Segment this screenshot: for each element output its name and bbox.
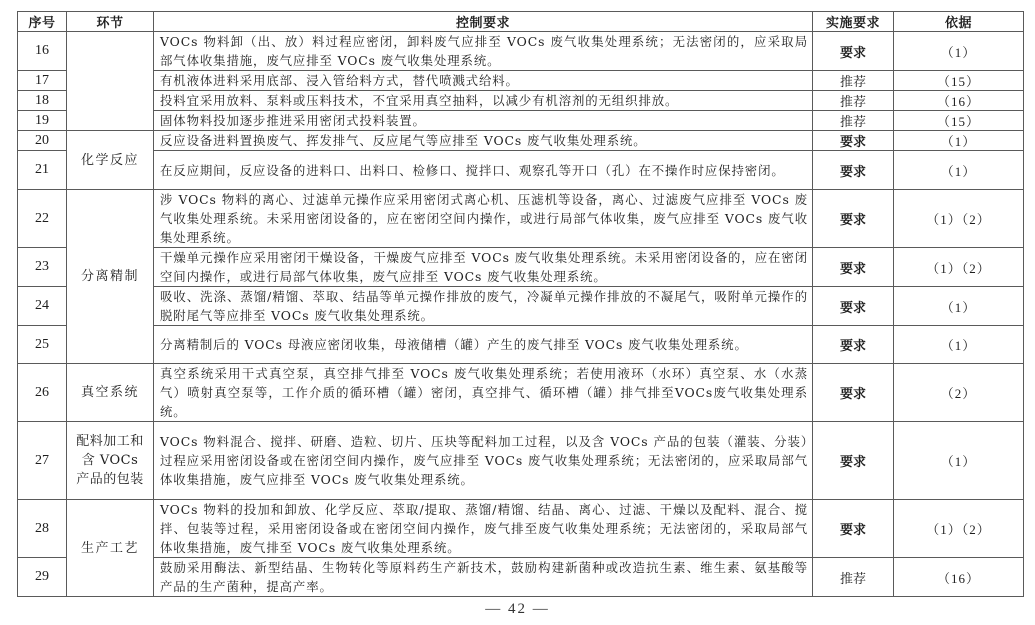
basis-reference: （15） <box>894 111 1024 131</box>
header-stage: 环节 <box>67 12 154 32</box>
table-row: 18 投料宜采用放料、泵料或压料技术，不宜采用真空抽料，以减少有机溶剂的无组织排… <box>18 91 1024 111</box>
implementation-level: 推荐 <box>813 71 894 91</box>
stage-cell-chemical-reaction: 化学反应 <box>67 131 154 190</box>
header-basis: 依据 <box>894 12 1024 32</box>
row-number: 23 <box>18 248 67 287</box>
basis-reference: （1）（2） <box>894 248 1024 287</box>
row-number: 18 <box>18 91 67 111</box>
implementation-level: 推荐 <box>813 91 894 111</box>
implementation-level: 要求 <box>813 190 894 248</box>
table-row: 17 有机液体进料采用底部、浸入管给料方式，替代喷溅式给料。 推荐 （15） <box>18 71 1024 91</box>
requirement-text: 涉 VOCs 物料的离心、过滤单元操作应采用密闭式离心机、压滤机等设备，离心、过… <box>154 190 813 248</box>
table-row: 22 分离精制 涉 VOCs 物料的离心、过滤单元操作应采用密闭式离心机、压滤机… <box>18 190 1024 248</box>
table-row: 21 在反应期间，反应设备的进料口、出料口、检修口、搅拌口、观察孔等开口（孔）在… <box>18 151 1024 190</box>
table-row: 29 鼓励采用酶法、新型结晶、生物转化等原料药生产新技术，鼓励构建新菌种或改造抗… <box>18 558 1024 597</box>
row-number: 19 <box>18 111 67 131</box>
requirement-text: VOCs 物料混合、搅拌、研磨、造粒、切片、压块等配料加工过程，以及含 VOCs… <box>154 422 813 500</box>
row-number: 22 <box>18 190 67 248</box>
row-number: 27 <box>18 422 67 500</box>
table-row: 16 VOCs 物料卸（出、放）料过程应密闭，卸料废气应排至 VOCs 废气收集… <box>18 32 1024 71</box>
stage-cell <box>67 32 154 131</box>
row-number: 25 <box>18 326 67 364</box>
implementation-level: 要求 <box>813 326 894 364</box>
page-number: — 42 — <box>0 601 1035 618</box>
basis-reference: （16） <box>894 91 1024 111</box>
implementation-level: 要求 <box>813 32 894 71</box>
implementation-level: 要求 <box>813 248 894 287</box>
implementation-level: 要求 <box>813 422 894 500</box>
requirement-text: 真空系统采用干式真空泵，真空排气排至 VOCs 废气收集处理系统；若使用液环（水… <box>154 364 813 422</box>
stage-cell-production-process: 生产工艺 <box>67 500 154 597</box>
basis-reference: （2） <box>894 364 1024 422</box>
basis-reference: （1）（2） <box>894 500 1024 558</box>
table-row: 19 固体物料投加逐步推进采用密闭式投料装置。 推荐 （15） <box>18 111 1024 131</box>
basis-reference: （1） <box>894 326 1024 364</box>
requirement-text: 投料宜采用放料、泵料或压料技术，不宜采用真空抽料，以减少有机溶剂的无组织排放。 <box>154 91 813 111</box>
header-no: 序号 <box>18 12 67 32</box>
row-number: 29 <box>18 558 67 597</box>
table-header-row: 序号 环节 控制要求 实施要求 依据 <box>18 12 1024 32</box>
header-implementation: 实施要求 <box>813 12 894 32</box>
requirement-text: 固体物料投加逐步推进采用密闭式投料装置。 <box>154 111 813 131</box>
row-number: 17 <box>18 71 67 91</box>
basis-reference: （1） <box>894 287 1024 326</box>
table-row: 20 化学反应 反应设备进料置换废气、挥发排气、反应尾气等应排至 VOCs 废气… <box>18 131 1024 151</box>
basis-reference: （1） <box>894 32 1024 71</box>
stage-cell-vacuum-system: 真空系统 <box>67 364 154 422</box>
basis-reference: （1） <box>894 131 1024 151</box>
requirement-text: 在反应期间，反应设备的进料口、出料口、检修口、搅拌口、观察孔等开口（孔）在不操作… <box>154 151 813 190</box>
table-row: 26 真空系统 真空系统采用干式真空泵，真空排气排至 VOCs 废气收集处理系统… <box>18 364 1024 422</box>
row-number: 21 <box>18 151 67 190</box>
header-requirement: 控制要求 <box>154 12 813 32</box>
stage-cell-batching-packaging: 配料加工和含 VOCs 产品的包装 <box>67 422 154 500</box>
control-requirements-table: 序号 环节 控制要求 实施要求 依据 16 VOCs 物料卸（出、放）料过程应密… <box>17 11 1024 597</box>
row-number: 26 <box>18 364 67 422</box>
table-row: 23 干燥单元操作应采用密闭干燥设备，干燥废气应排至 VOCs 废气收集处理系统… <box>18 248 1024 287</box>
implementation-level: 推荐 <box>813 111 894 131</box>
implementation-level: 要求 <box>813 151 894 190</box>
requirement-text: 鼓励采用酶法、新型结晶、生物转化等原料药生产新技术，鼓励构建新菌种或改造抗生素、… <box>154 558 813 597</box>
row-number: 24 <box>18 287 67 326</box>
table-row: 24 吸收、洗涤、蒸馏/精馏、萃取、结晶等单元操作排放的废气，冷凝单元操作排放的… <box>18 287 1024 326</box>
requirement-text: VOCs 物料卸（出、放）料过程应密闭，卸料废气应排至 VOCs 废气收集处理系… <box>154 32 813 71</box>
requirement-text: 有机液体进料采用底部、浸入管给料方式，替代喷溅式给料。 <box>154 71 813 91</box>
implementation-level: 要求 <box>813 500 894 558</box>
implementation-level: 要求 <box>813 287 894 326</box>
requirement-text: 分离精制后的 VOCs 母液应密闭收集，母液储槽（罐）产生的废气排至 VOCs … <box>154 326 813 364</box>
table-row: 27 配料加工和含 VOCs 产品的包装 VOCs 物料混合、搅拌、研磨、造粒、… <box>18 422 1024 500</box>
basis-reference: （15） <box>894 71 1024 91</box>
requirement-text: 反应设备进料置换废气、挥发排气、反应尾气等应排至 VOCs 废气收集处理系统。 <box>154 131 813 151</box>
row-number: 20 <box>18 131 67 151</box>
implementation-level: 推荐 <box>813 558 894 597</box>
requirement-text: 干燥单元操作应采用密闭干燥设备，干燥废气应排至 VOCs 废气收集处理系统。未采… <box>154 248 813 287</box>
basis-reference: （1）（2） <box>894 190 1024 248</box>
table-row: 28 生产工艺 VOCs 物料的投加和卸放、化学反应、萃取/提取、蒸馏/精馏、结… <box>18 500 1024 558</box>
basis-reference: （1） <box>894 422 1024 500</box>
basis-reference: （1） <box>894 151 1024 190</box>
stage-cell-separation-refining: 分离精制 <box>67 190 154 364</box>
table-row: 25 分离精制后的 VOCs 母液应密闭收集，母液储槽（罐）产生的废气排至 VO… <box>18 326 1024 364</box>
requirement-text: 吸收、洗涤、蒸馏/精馏、萃取、结晶等单元操作排放的废气，冷凝单元操作排放的不凝尾… <box>154 287 813 326</box>
basis-reference: （16） <box>894 558 1024 597</box>
row-number: 16 <box>18 32 67 71</box>
implementation-level: 要求 <box>813 364 894 422</box>
row-number: 28 <box>18 500 67 558</box>
implementation-level: 要求 <box>813 131 894 151</box>
requirement-text: VOCs 物料的投加和卸放、化学反应、萃取/提取、蒸馏/精馏、结晶、离心、过滤、… <box>154 500 813 558</box>
